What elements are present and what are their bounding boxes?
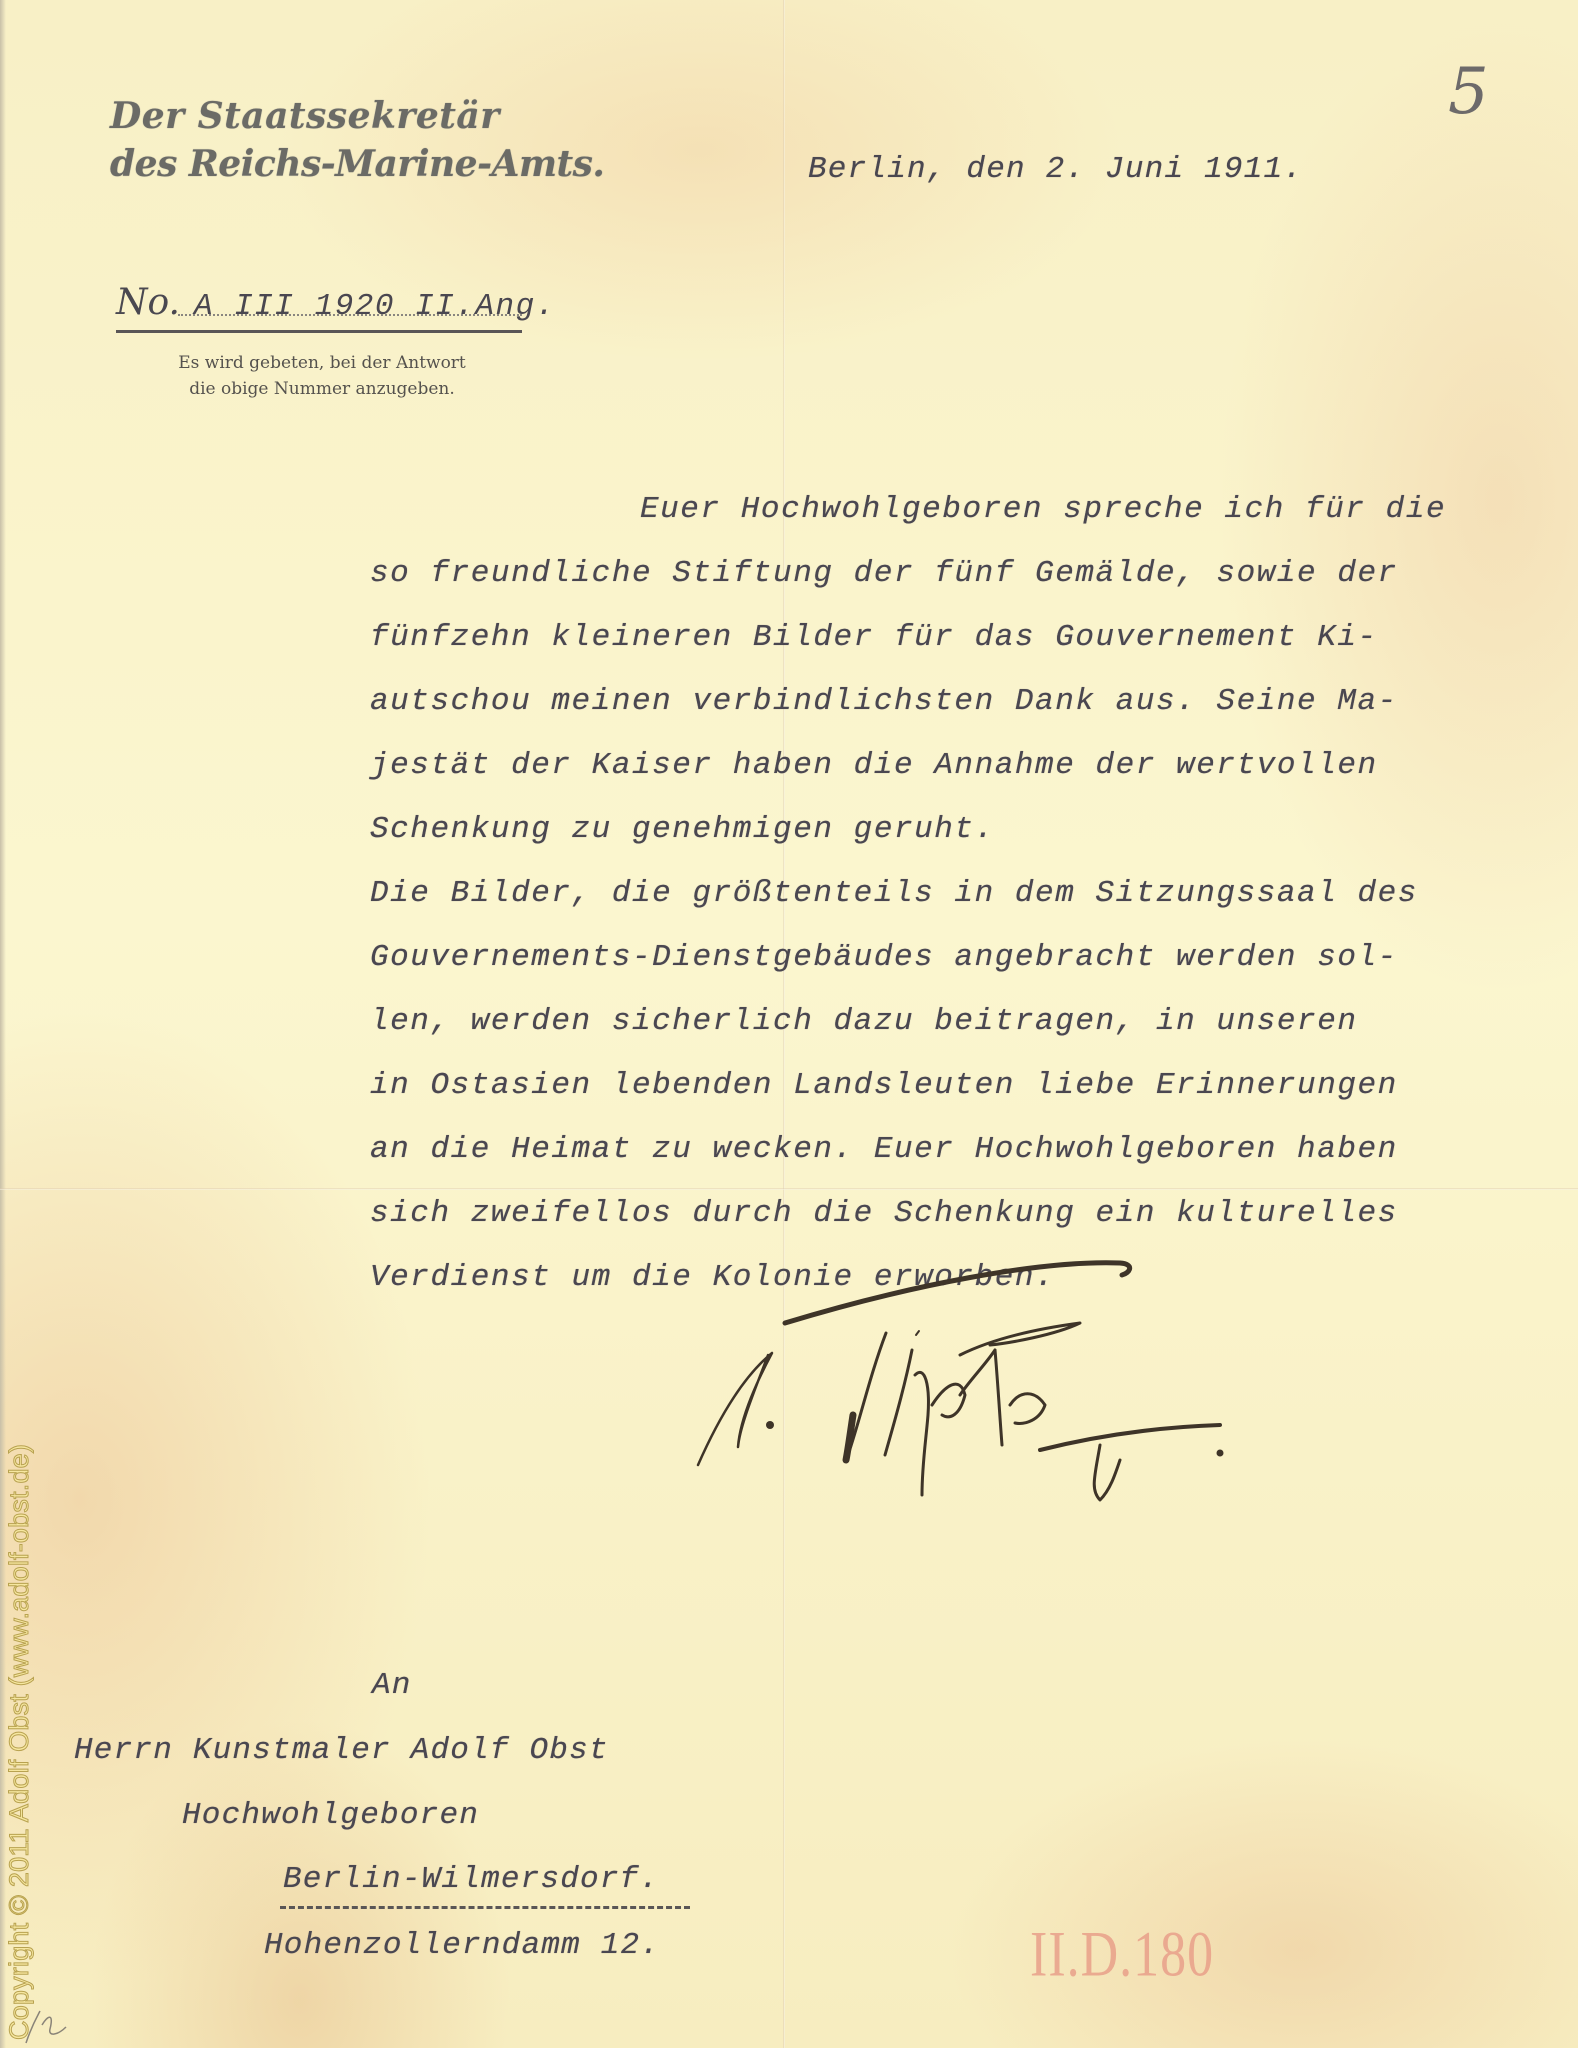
body-line: so freundliche Stiftung der fünf Gemälde… xyxy=(370,542,1446,606)
body-line: sich zweifellos durch die Schenkung ein … xyxy=(370,1182,1446,1246)
letter-body: Euer Hochwohlgeboren spreche ich für die… xyxy=(370,478,1446,1310)
body-line: Gouvernements-Dienstgebäudes angebracht … xyxy=(370,926,1446,990)
recipient-street: Hohenzollerndamm 12. xyxy=(264,1928,660,1963)
page-number: 5 xyxy=(1448,55,1489,129)
recipient-title: Hochwohlgeboren xyxy=(182,1798,479,1833)
reference-note-line-1: Es wird gebeten, bei der Antwort xyxy=(152,350,492,376)
signature-tirpitz xyxy=(660,1255,1260,1555)
letterhead-line-1: Der Staatssekretär xyxy=(110,92,604,140)
letterhead: Der Staatssekretär des Reichs-Marine-Amt… xyxy=(110,92,604,188)
archive-stamp: II.D.180 xyxy=(1030,1918,1214,1992)
reference-prefix: No. xyxy=(116,282,180,323)
body-line: in Ostasien lebenden Landsleuten liebe E… xyxy=(370,1054,1446,1118)
body-line: fünfzehn kleineren Bilder für das Gouver… xyxy=(370,606,1446,670)
reference-value: A III 1920 II.Ang. xyxy=(194,289,556,324)
recipient-city-underline xyxy=(280,1906,690,1909)
reference-note: Es wird gebeten, bei der Antwort die obi… xyxy=(152,350,492,402)
body-line: Schenkung zu genehmigen geruht. xyxy=(370,798,1446,862)
reference-underline xyxy=(116,330,522,333)
body-line: an die Heimat zu wecken. Euer Hochwohlge… xyxy=(370,1118,1446,1182)
letterhead-line-2: des Reichs-Marine-Amts. xyxy=(110,140,604,188)
reference-dotted-line xyxy=(178,314,522,316)
recipient-city: Berlin-Wilmersdorf. xyxy=(283,1862,659,1897)
body-line: Die Bilder, die größtenteils in dem Sitz… xyxy=(370,862,1446,926)
body-line: Euer Hochwohlgeboren spreche ich für die xyxy=(370,478,1446,542)
reference-note-line-2: die obige Nummer anzugeben. xyxy=(152,376,492,402)
body-line: len, werden sicherlich dazu beitragen, i… xyxy=(370,990,1446,1054)
copyright-watermark: Copyright © 2011 Adolf Obst (www.adolf-o… xyxy=(4,1444,35,2040)
body-line: jestät der Kaiser haben die Annahme der … xyxy=(370,734,1446,798)
date-line: Berlin, den 2. Juni 1911. xyxy=(808,152,1303,187)
recipient-name: Herrn Kunstmaler Adolf Obst xyxy=(74,1733,609,1768)
body-line: autschou meinen verbindlichsten Dank aus… xyxy=(370,670,1446,734)
recipient-salutation: An xyxy=(372,1668,412,1703)
reference-number: No.A III 1920 II.Ang. xyxy=(116,282,556,324)
